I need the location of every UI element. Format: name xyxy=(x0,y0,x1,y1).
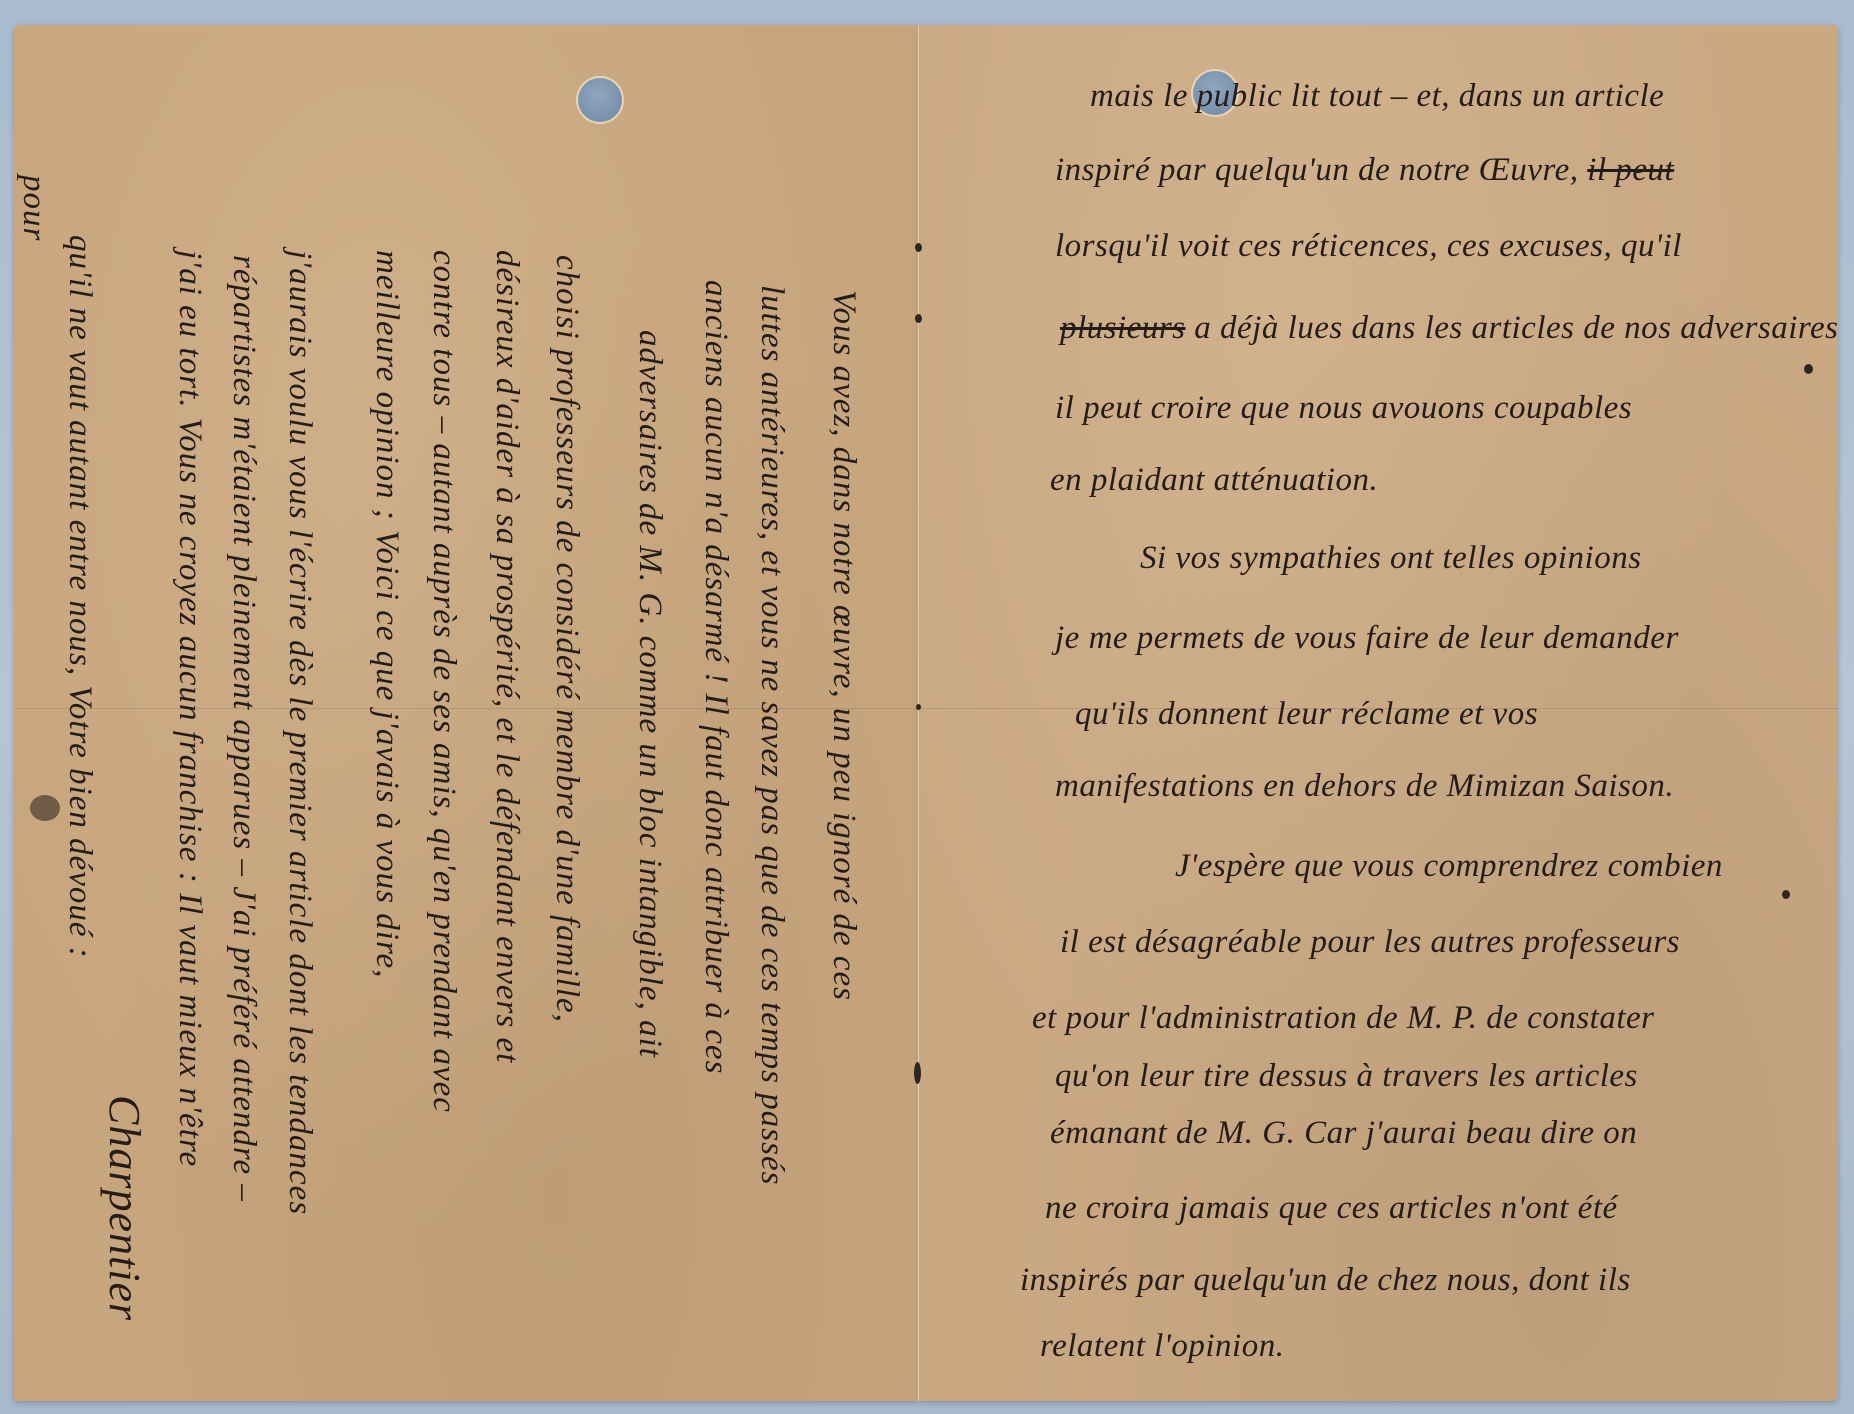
left-line-11: j'ai eu tort. Vous ne croyez aucun franc… xyxy=(171,250,208,1167)
right-line-4-text: a déjà lues dans les articles de nos adv… xyxy=(1194,310,1838,346)
right-line-14: qu'on leur tire dessus à travers les art… xyxy=(1055,1058,1638,1095)
right-line-9: qu'ils donnent leur réclame et vos xyxy=(1075,696,1538,733)
right-line-12: il est désagréable pour les autres profe… xyxy=(1060,924,1680,961)
right-line-13: et pour l'administration de M. P. de con… xyxy=(1032,1000,1655,1037)
left-line-8: meilleure opinion ; Voici ce que j'avais… xyxy=(368,250,405,978)
left-line-12: qu'il ne vaut autant entre nous, Votre b… xyxy=(61,235,98,959)
left-line-4: adversaires de M. G. comme un bloc intan… xyxy=(631,330,668,1058)
struck-text: il peut xyxy=(1587,152,1674,188)
right-line-16: ne croira jamais que ces articles n'ont … xyxy=(1045,1190,1618,1227)
stitch-dot xyxy=(916,704,921,710)
right-line-17: inspirés par quelqu'un de chez nous, don… xyxy=(1020,1262,1631,1299)
right-line-2: inspiré par quelqu'un de notre Œuvre, il… xyxy=(1055,152,1674,189)
right-line-7: Si vos sympathies ont telles opinions xyxy=(1140,540,1642,577)
stitch-dot xyxy=(915,243,922,252)
stitch-dot xyxy=(915,314,922,323)
left-line-2: luttes antérieures, et vous ne savez pas… xyxy=(753,285,790,1185)
right-line-6: en plaidant atténuation. xyxy=(1050,462,1378,499)
right-line-10: manifestations en dehors de Mimizan Sais… xyxy=(1055,768,1674,805)
right-line-2-text: inspiré par quelqu'un de notre Œuvre, xyxy=(1055,152,1579,188)
left-line-6: désireux d'aider à sa prospérité, et le … xyxy=(488,250,525,1063)
struck-text: plusieurs xyxy=(1060,310,1186,346)
right-line-15: émanant de M. G. Car j'aurai beau dire o… xyxy=(1050,1115,1637,1152)
left-line-3: anciens aucun n'a désarmé ! Il faut donc… xyxy=(697,280,734,1074)
ink-blot xyxy=(30,795,60,821)
right-line-8: je me permets de vous faire de leur dema… xyxy=(1055,620,1679,657)
ink-spot xyxy=(1804,364,1813,374)
right-line-4: plusieurs a déjà lues dans les articles … xyxy=(1060,310,1838,347)
right-line-18: relatent l'opinion. xyxy=(1040,1328,1284,1365)
center-fold xyxy=(917,25,920,1401)
signature: Charpentier xyxy=(99,1095,150,1321)
right-line-1: mais le public lit tout – et, dans un ar… xyxy=(1090,78,1664,115)
right-line-11: J'espère que vous comprendrez combien xyxy=(1175,848,1723,885)
ink-spot xyxy=(1782,890,1790,899)
left-line-1: Vous avez, dans notre œuvre, un peu igno… xyxy=(825,290,862,1001)
left-line-13: pour xyxy=(15,175,52,241)
right-line-5: il peut croire que nous avouons coupable… xyxy=(1055,390,1632,427)
left-line-5: choisi professeurs de considéré membre d… xyxy=(548,255,585,1023)
left-line-9: j'aurais voulu vous l'écrire dès le prem… xyxy=(281,250,318,1215)
left-line-7: contre tous – autant auprès de ses amis,… xyxy=(425,250,462,1113)
left-line-10: répartistes m'étaient pleinement apparue… xyxy=(225,255,262,1202)
right-line-3: lorsqu'il voit ces réticences, ces excus… xyxy=(1055,228,1682,265)
punch-hole-left xyxy=(578,78,622,122)
stitch-dot xyxy=(914,1062,921,1084)
